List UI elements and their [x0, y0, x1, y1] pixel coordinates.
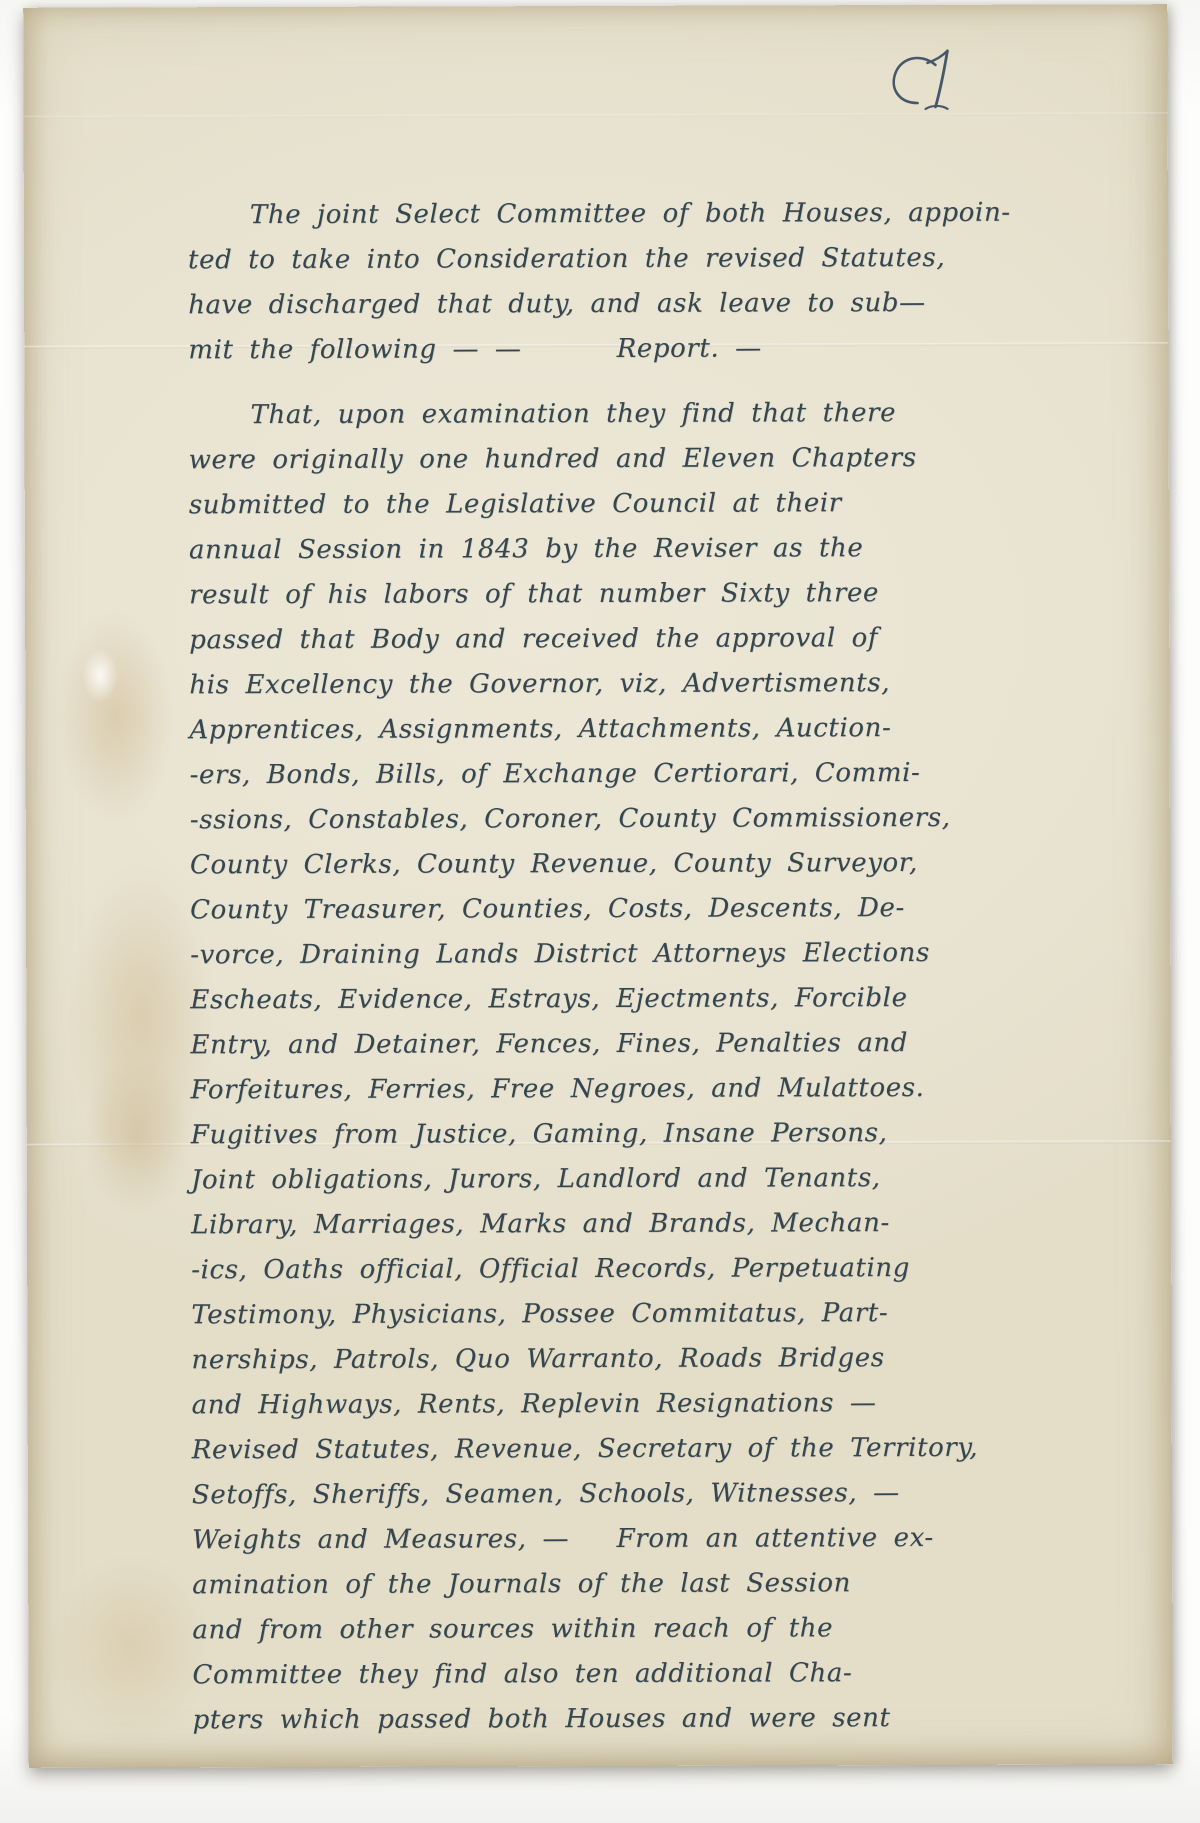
handwritten-line: ted to take into Consideration the revis…	[188, 236, 1038, 284]
handwritten-line: County Treasurer, Counties, Costs, Desce…	[190, 886, 1040, 934]
handwritten-line: Escheats, Evidence, Estrays, Ejectments,…	[190, 976, 1040, 1024]
paper-chip-spot	[83, 650, 117, 702]
handwritten-line: were originally one hundred and Eleven C…	[189, 436, 1039, 484]
handwritten-line: -ics, Oaths official, Official Records, …	[191, 1246, 1041, 1294]
handwriting-block: The joint Select Committee of both House…	[188, 191, 1043, 1744]
handwritten-line: Forfeitures, Ferries, Free Negroes, and …	[191, 1066, 1041, 1114]
manuscript-page: The joint Select Committee of both House…	[23, 4, 1173, 1768]
paragraph: The joint Select Committee of both House…	[188, 191, 1039, 374]
handwritten-line: result of his labors of that number Sixt…	[189, 571, 1039, 619]
handwritten-line: and Highways, Rents, Replevin Resignatio…	[192, 1381, 1042, 1429]
paper-stain	[55, 607, 176, 827]
handwritten-line: his Excellency the Governor, viz, Advert…	[189, 661, 1039, 709]
handwritten-line: -ssions, Constables, Coroner, County Com…	[190, 796, 1040, 844]
handwritten-line: Apprentices, Assignments, Attachments, A…	[189, 706, 1039, 754]
handwritten-line: Library, Marriages, Marks and Brands, Me…	[191, 1201, 1041, 1249]
handwritten-line: Weights and Measures, — From an attentiv…	[192, 1516, 1042, 1564]
paragraph: That, upon examination they find that th…	[188, 391, 1042, 1744]
page-number-flourish-icon	[861, 43, 981, 123]
handwritten-line: Committee they find also ten additional …	[192, 1651, 1042, 1699]
fold-crease	[24, 112, 1168, 119]
handwritten-line: Testimony, Physicians, Possee Commitatus…	[191, 1291, 1041, 1339]
handwritten-line: -ers, Bonds, Bills, of Exchange Certiora…	[190, 751, 1040, 799]
handwritten-line: pters which passed both Houses and were …	[193, 1696, 1043, 1744]
handwritten-line: County Clerks, County Revenue, County Su…	[190, 841, 1040, 889]
handwritten-line: That, upon examination they find that th…	[188, 391, 1038, 439]
paper-stain	[46, 1547, 217, 1748]
handwritten-line: submitted to the Legislative Council at …	[189, 481, 1039, 529]
handwritten-line: Revised Statutes, Revenue, Secretary of …	[192, 1426, 1042, 1474]
handwritten-line: mit the following — — Report. —	[188, 326, 1038, 374]
handwritten-line: nerships, Patrols, Quo Warranto, Roads B…	[191, 1336, 1041, 1384]
handwritten-line: The joint Select Committee of both House…	[188, 191, 1038, 239]
handwritten-line: amination of the Journals of the last Se…	[192, 1561, 1042, 1609]
handwritten-line: passed that Body and received the approv…	[189, 616, 1039, 664]
handwritten-line: Joint obligations, Jurors, Landlord and …	[191, 1156, 1041, 1204]
handwritten-line: annual Session in 1843 by the Reviser as…	[189, 526, 1039, 574]
handwritten-line: Setoffs, Sheriffs, Seamen, Schools, Witn…	[192, 1471, 1042, 1519]
paper-stain	[82, 1057, 193, 1217]
handwritten-line: Fugitives from Justice, Gaming, Insane P…	[191, 1111, 1041, 1159]
handwritten-line: and from other sources within reach of t…	[192, 1606, 1042, 1654]
handwritten-line: have discharged that duty, and ask leave…	[188, 281, 1038, 329]
handwritten-line: -vorce, Draining Lands District Attorney…	[190, 931, 1040, 979]
handwritten-line: Entry, and Detainer, Fences, Fines, Pena…	[190, 1021, 1040, 1069]
page-number-mark	[861, 43, 981, 123]
